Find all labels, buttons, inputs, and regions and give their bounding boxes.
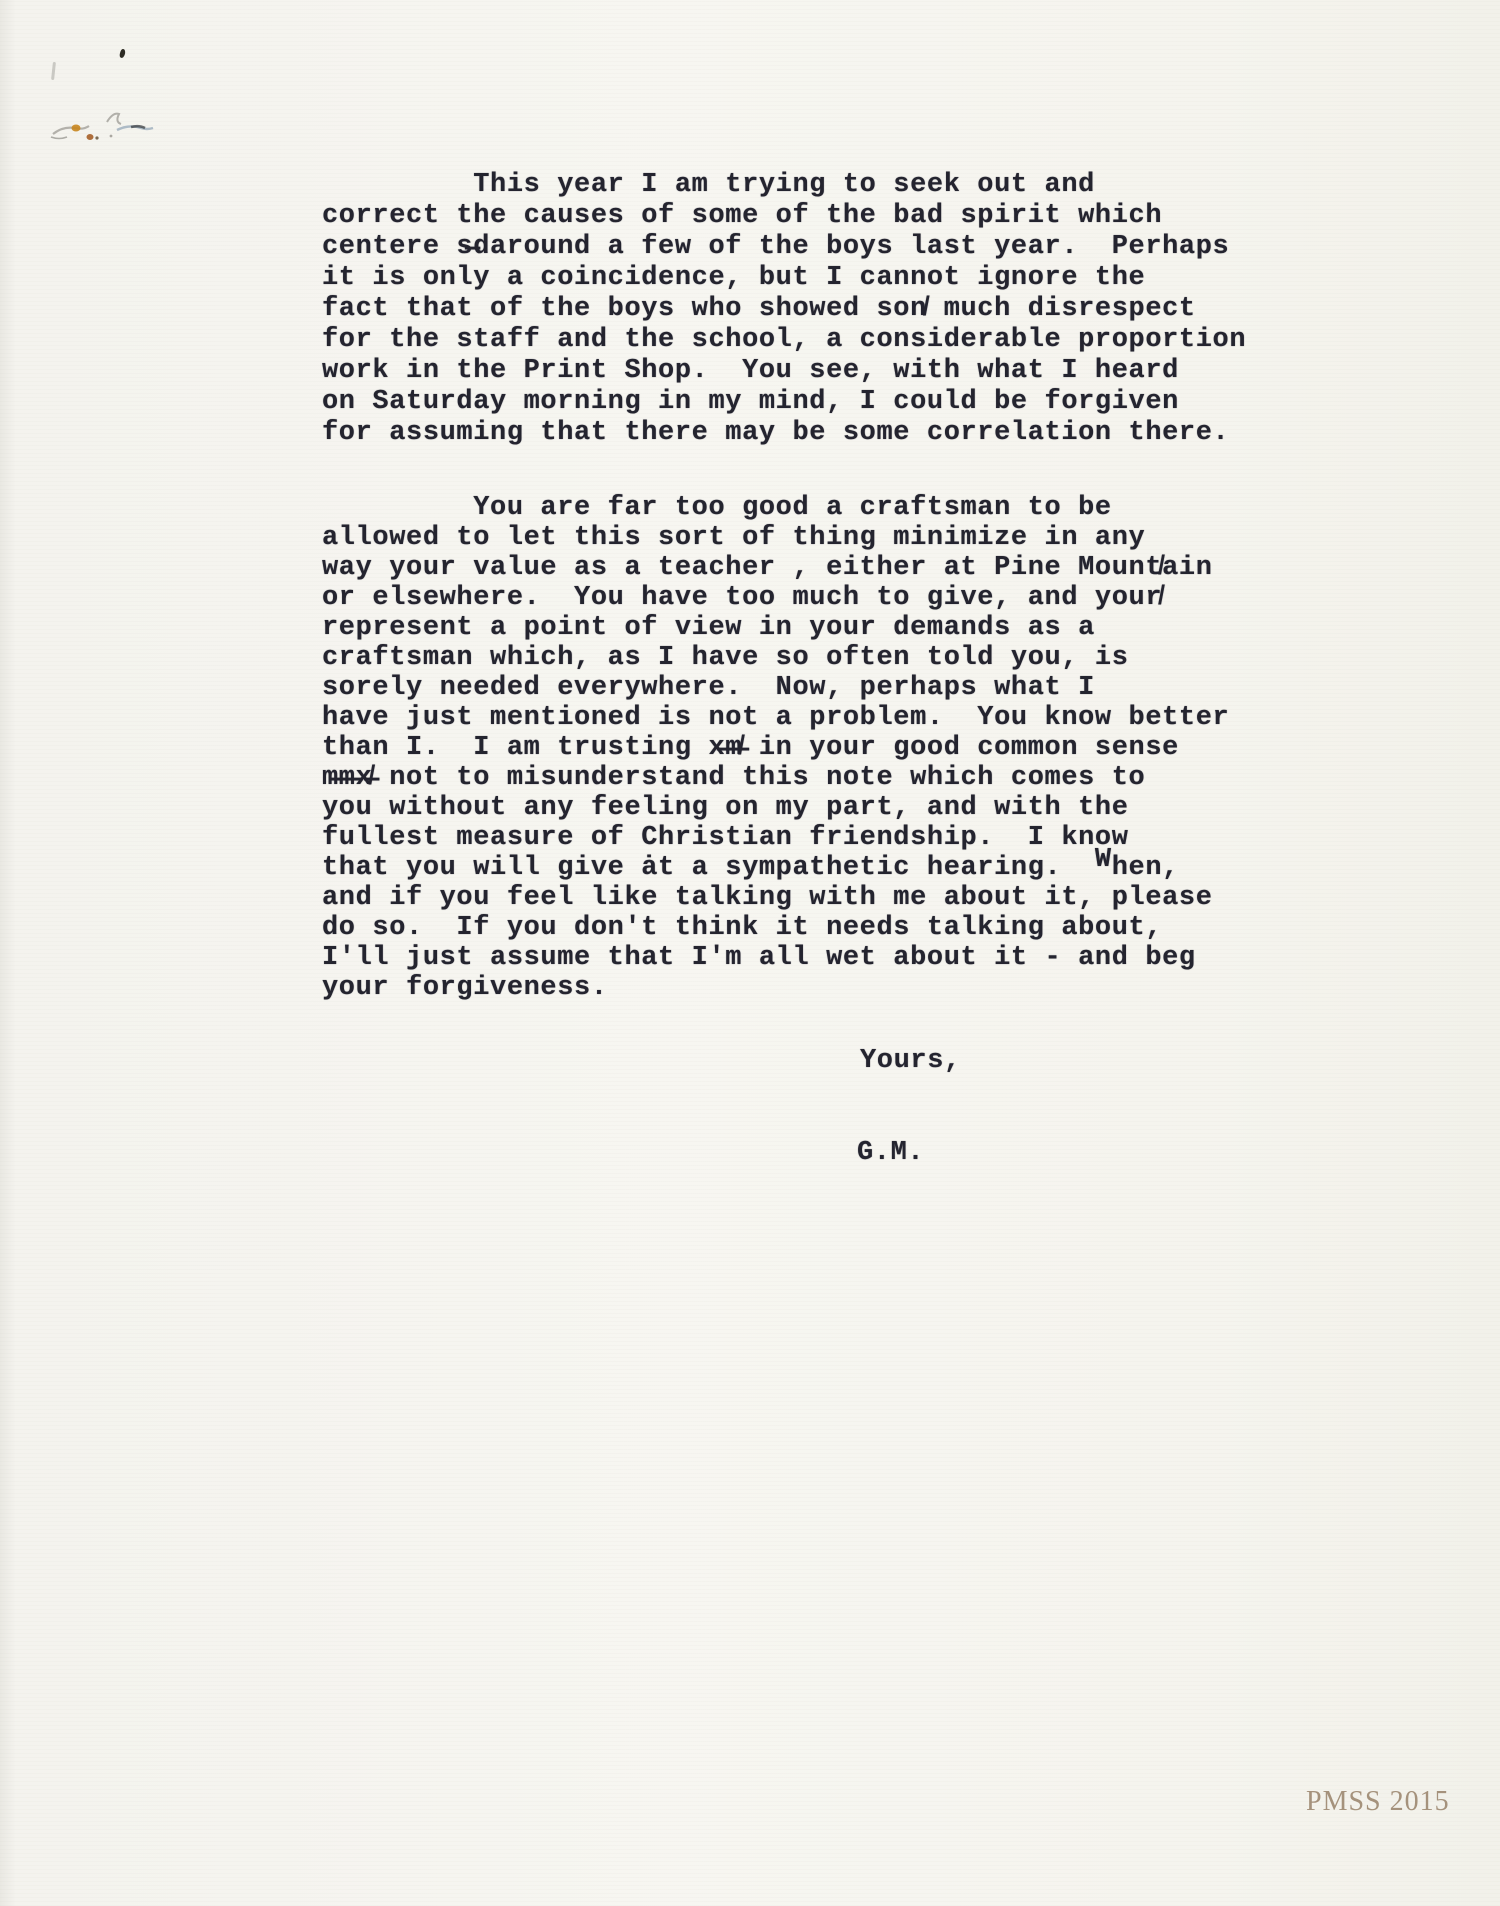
- letter-line: have just mentioned is not a problem. Yo…: [322, 703, 1342, 733]
- letter-line: do so. If you don't think it needs talki…: [322, 913, 1342, 943]
- letter-text-segment: sorely needed everywhere. Now, perhaps w…: [322, 673, 1095, 703]
- letter-line: sorely needed everywhere. Now, perhaps w…: [322, 673, 1342, 703]
- letter-text-segment: have just mentioned is not a problem. Yo…: [322, 703, 1229, 733]
- archive-watermark: PMSS 2015: [1306, 1786, 1450, 1818]
- letter-text-segment: and if you feel like talking with me abo…: [322, 883, 1213, 913]
- ink-fleck: [119, 48, 127, 58]
- letter-page: This year I am trying to seek out andcor…: [0, 0, 1500, 1906]
- signature-initials: G.M.: [857, 1138, 924, 1168]
- letter-text-segment: hen,: [1112, 853, 1179, 883]
- letter-line: m̶m̶x̶̸ not to misunderstand this note w…: [322, 763, 1342, 793]
- letter-text-segment: correct the causes of some of the bad sp…: [322, 201, 1162, 231]
- letter-line: centere s̶daround a few of the boys last…: [322, 232, 1342, 263]
- letter-text-segment: You are far too good a craftsman to be: [322, 493, 1112, 523]
- letter-text-segment: craftsman which, as I have so often told…: [322, 643, 1129, 673]
- paragraph-2: You are far too good a craftsman to beal…: [322, 493, 1342, 1003]
- letter-text-segment: it is only a coincidence, but I cannot i…: [322, 263, 1145, 293]
- letter-line: fact that of the boys who showed son̸ mu…: [322, 294, 1342, 325]
- letter-line: your forgiveness.: [322, 973, 1342, 1003]
- letter-text-segment: than I. I am trusting x̶m̶̸ in your good…: [322, 733, 1179, 763]
- letter-text-segment: W: [1095, 845, 1112, 875]
- letter-line: than I. I am trusting x̶m̶̸ in your good…: [322, 733, 1342, 763]
- letter-text-segment: that you will give ȧt a sympathetic hear…: [322, 853, 1095, 883]
- letter-line: I'll just assume that I'm all wet about …: [322, 943, 1342, 973]
- letter-text-segment: for assuming that there may be some corr…: [322, 418, 1229, 448]
- paper-scratch: [51, 62, 56, 80]
- letter-line: or elsewhere. You have too much to give,…: [322, 583, 1342, 613]
- letter-line: that you will give ȧt a sympathetic hear…: [322, 853, 1342, 883]
- letter-text-segment: you without any feeling on my part, and …: [322, 793, 1129, 823]
- paragraph-1: This year I am trying to seek out andcor…: [322, 170, 1342, 449]
- letter-line: This year I am trying to seek out and: [322, 170, 1342, 201]
- letter-line: and if you feel like talking with me abo…: [322, 883, 1342, 913]
- letter-line: represent a point of view in your demand…: [322, 613, 1342, 643]
- letter-line: correct the causes of some of the bad sp…: [322, 201, 1342, 232]
- letter-line: you without any feeling on my part, and …: [322, 793, 1342, 823]
- letter-text-segment: allowed to let this sort of thing minimi…: [322, 523, 1145, 553]
- letter-line: craftsman which, as I have so often told…: [322, 643, 1342, 673]
- letter-line: allowed to let this sort of thing minimi…: [322, 523, 1342, 553]
- letter-text-segment: I'll just assume that I'm all wet about …: [322, 943, 1196, 973]
- letter-text-segment: your forgiveness.: [322, 973, 608, 1003]
- letter-line: work in the Print Shop. You see, with wh…: [322, 356, 1342, 387]
- letter-text-segment: do so. If you don't think it needs talki…: [322, 913, 1162, 943]
- closing-line: Yours,: [860, 1046, 961, 1076]
- letter-text-segment: fact that of the boys who showed son̸ mu…: [322, 294, 1196, 324]
- letter-text-segment: or elsewhere. You have too much to give,…: [322, 583, 1162, 613]
- letter-text-segment: way your value as a teacher , either at …: [322, 553, 1213, 583]
- letter-text-segment: fullest measure of Christian friendship.…: [322, 823, 1129, 853]
- letter-text-segment: This year I am trying to seek out and: [322, 170, 1095, 200]
- letter-text-segment: m̶m̶x̶̸ not to misunderstand this note w…: [322, 763, 1145, 793]
- letter-text-segment: represent a point of view in your demand…: [322, 613, 1095, 643]
- letter-line: way your value as a teacher , either at …: [322, 553, 1342, 583]
- letter-line: it is only a coincidence, but I cannot i…: [322, 263, 1342, 294]
- letter-text-segment: centere s̶daround a few of the boys last…: [322, 232, 1229, 262]
- letter-text-segment: on Saturday morning in my mind, I could …: [322, 387, 1179, 417]
- letter-body: This year I am trying to seek out andcor…: [322, 170, 1342, 1003]
- letter-line: on Saturday morning in my mind, I could …: [322, 387, 1342, 418]
- letter-line: fullest measure of Christian friendship.…: [322, 823, 1342, 853]
- letter-text-segment: for the staff and the school, a consider…: [322, 325, 1246, 355]
- letter-text-segment: work in the Print Shop. You see, with wh…: [322, 356, 1179, 386]
- letter-line: for assuming that there may be some corr…: [322, 418, 1342, 449]
- letter-line: You are far too good a craftsman to be: [322, 493, 1342, 523]
- letter-line: for the staff and the school, a consider…: [322, 325, 1342, 356]
- pencil-smudge: [45, 100, 175, 160]
